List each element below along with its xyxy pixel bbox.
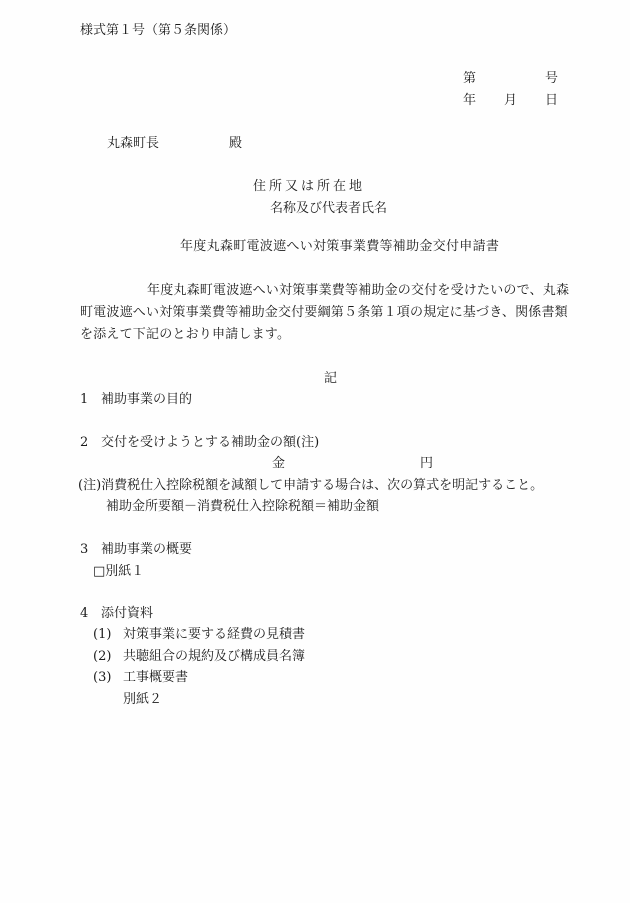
addressee-name: 丸森町長 — [107, 137, 159, 150]
date-day: 日 — [545, 94, 558, 107]
attachment-item-3-marker: (3) — [93, 671, 111, 684]
tax-formula: 補助金所要額－消費税仕入控除税額＝補助金額 — [106, 500, 379, 513]
attachment-item-3-text: 工事概要書 — [123, 671, 188, 684]
section-2-number: 2 — [80, 436, 88, 449]
attachment-1-checkbox[interactable]: □別紙１ — [93, 565, 144, 578]
attachment-item-1-text: 対策事業に要する経費の見積書 — [123, 628, 305, 641]
form-number: 様式第１号（第５条関係） — [80, 24, 236, 37]
document-title: 年度丸森町電波遮へい対策事業費等補助金交付申請書 — [180, 240, 499, 253]
number-prefix: 第 — [463, 72, 476, 85]
section-3-label: 補助事業の概要 — [101, 543, 192, 556]
document-page: 様式第１号（第５条関係） 第 号 年 月 日 丸森町長 殿 住所又は所在地 名称… — [0, 0, 630, 903]
addressee-honorific: 殿 — [229, 137, 242, 150]
attachment-item-2-text: 共聴組合の規約及び構成員名簿 — [123, 650, 305, 663]
body-line-1: 年度丸森町電波遮へい対策事業費等補助金の交付を受けたいので、丸森 — [147, 284, 569, 297]
number-suffix: 号 — [545, 72, 558, 85]
amount-suffix: 円 — [420, 457, 433, 470]
section-1-number: 1 — [80, 393, 88, 406]
ki-heading: 記 — [324, 372, 337, 385]
body-line-2: 町電波遮へい対策事業費等補助金交付要綱第５条第１項の規定に基づき、関係書類 — [80, 306, 568, 319]
amount-prefix: 金 — [272, 457, 285, 470]
tax-note: (注)消費税仕入控除税額を減額して申請する場合は、次の算式を明記すること。 — [78, 479, 543, 492]
date-month: 月 — [504, 94, 517, 107]
attachment-item-2-marker: (2) — [93, 650, 111, 663]
section-1-label: 補助事業の目的 — [101, 393, 192, 406]
section-2-label: 交付を受けようとする補助金の額(注) — [101, 436, 319, 449]
section-4-label: 添付資料 — [101, 607, 153, 620]
date-year: 年 — [463, 94, 476, 107]
attachment-item-1-marker: (1) — [93, 628, 111, 641]
section-3-number: 3 — [80, 543, 88, 556]
body-line-3: を添えて下記のとおり申請します。 — [80, 328, 290, 341]
section-4-number: 4 — [80, 607, 88, 620]
attachment-2-note: 別紙２ — [123, 693, 162, 706]
applicant-name-label: 名称及び代表者氏名 — [270, 202, 387, 215]
applicant-address-label: 住所又は所在地 — [253, 180, 365, 193]
